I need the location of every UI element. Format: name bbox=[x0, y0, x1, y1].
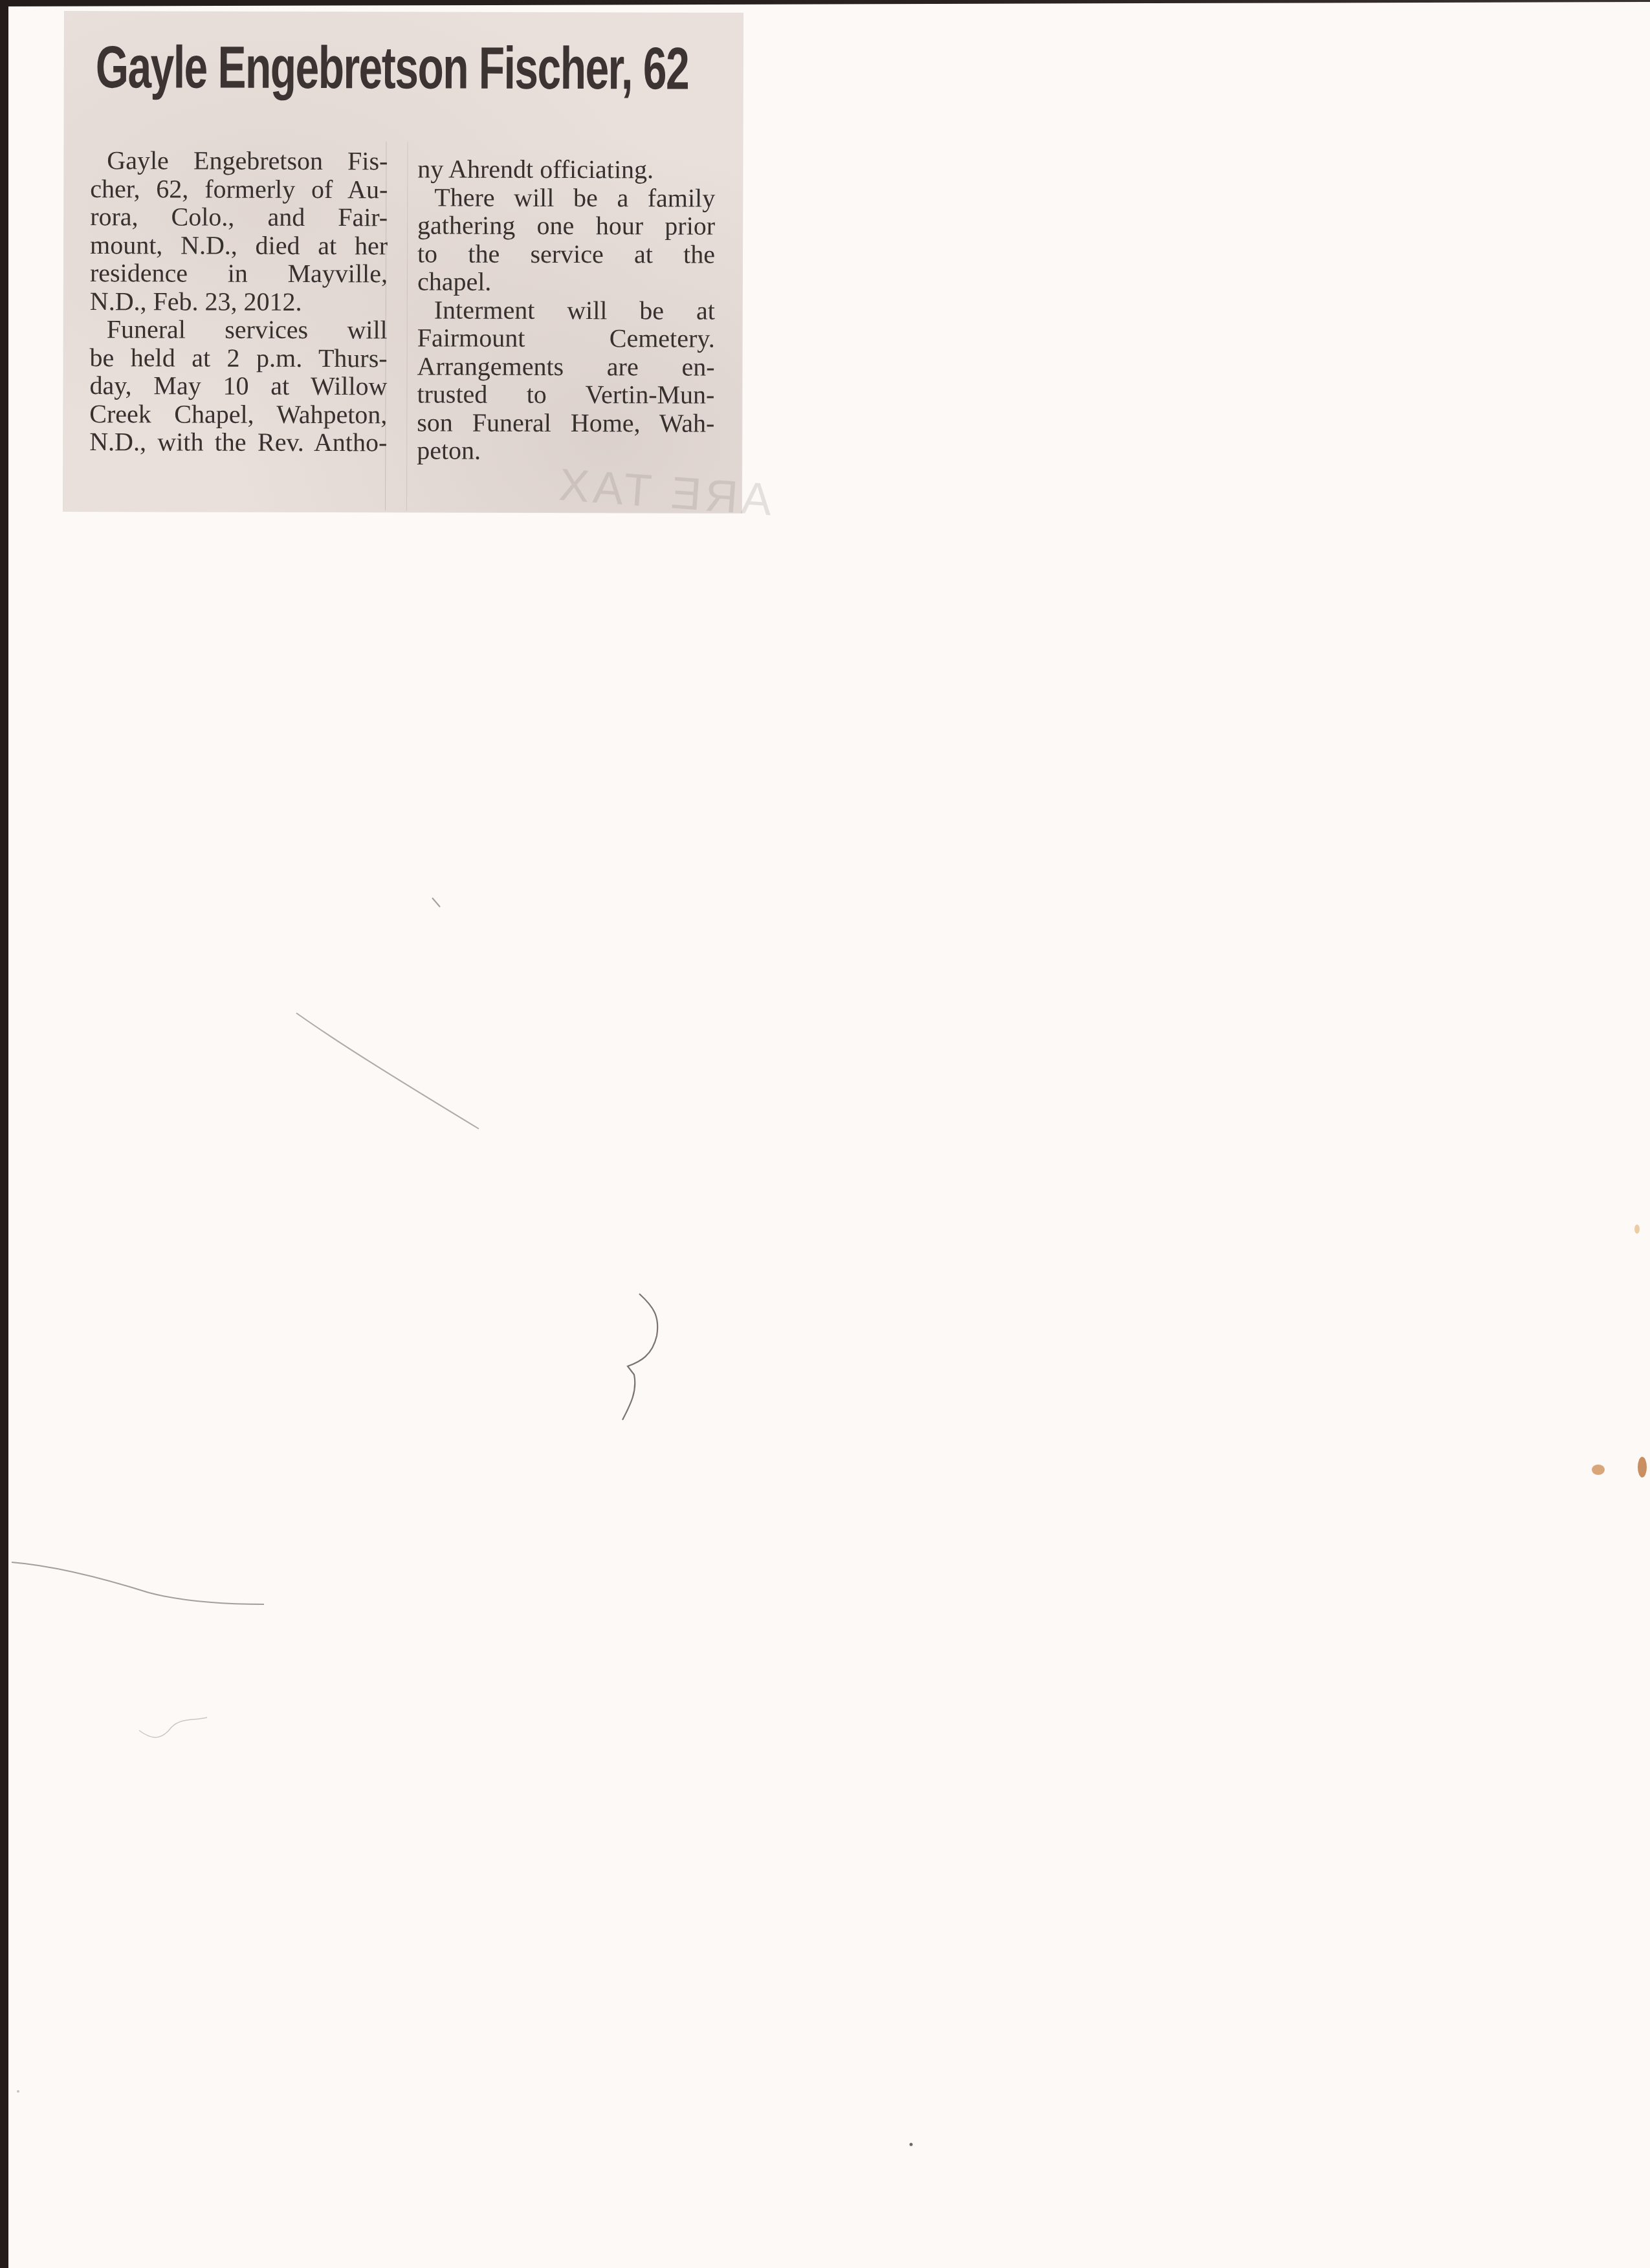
hair-mark bbox=[12, 1562, 264, 1604]
text-line: There will be a family bbox=[417, 183, 715, 212]
text-line: N.D., with the Rev. Antho- bbox=[89, 428, 387, 457]
hair-mark bbox=[296, 1013, 479, 1129]
newspaper-clipping: Gayle Engebretson Fischer, 62 Gayle Enge… bbox=[63, 12, 743, 513]
text-line: rora, Colo., and Fair- bbox=[90, 202, 388, 232]
text-line: Arrangements are en- bbox=[417, 352, 715, 381]
column-divider bbox=[406, 142, 408, 510]
scan-border-top bbox=[0, 0, 1650, 6]
text-line: residence in Mayville, bbox=[90, 259, 388, 288]
text-line: Funeral services will bbox=[90, 315, 388, 344]
speck bbox=[910, 2143, 913, 2146]
bleed-through-text: ARE TAX bbox=[554, 458, 774, 525]
text-line: son Funeral Home, Wah- bbox=[417, 408, 714, 437]
speck bbox=[1634, 1225, 1640, 1234]
text-line: Creek Chapel, Wahpeton, bbox=[89, 400, 387, 429]
text-line: trusted to Vertin-Mun- bbox=[417, 380, 714, 409]
headline: Gayle Engebretson Fischer, 62 bbox=[96, 35, 540, 101]
text-line: Interment will be at bbox=[417, 296, 715, 325]
text-line: mount, N.D., died at her bbox=[90, 231, 388, 260]
text-line: be held at 2 p.m. Thurs- bbox=[90, 343, 388, 373]
text-line: Gayle Engebretson Fis- bbox=[90, 146, 388, 175]
article-column-2: ny Ahrendt officiating. There will be a … bbox=[417, 155, 715, 465]
hair-mark bbox=[432, 898, 440, 907]
text-line: chapel. bbox=[417, 267, 715, 296]
speck bbox=[17, 2090, 19, 2093]
text-line: N.D., Feb. 23, 2012. bbox=[90, 287, 388, 316]
text-line: cher, 62, formerly of Au- bbox=[90, 175, 388, 204]
text-line: Fairmount Cemetery. bbox=[417, 323, 715, 353]
text-line: day, May 10 at Willow bbox=[89, 371, 387, 400]
hair-mark bbox=[622, 1294, 657, 1420]
scan-border-left bbox=[0, 0, 8, 2268]
speck bbox=[1592, 1465, 1605, 1475]
article-column-1: Gayle Engebretson Fis- cher, 62, formerl… bbox=[89, 146, 388, 457]
text-line: ny Ahrendt officiating. bbox=[417, 155, 715, 184]
hair-mark bbox=[139, 1717, 207, 1738]
text-line: gathering one hour prior bbox=[417, 211, 715, 240]
speck bbox=[1638, 1457, 1647, 1477]
text-line: to the service at the bbox=[417, 239, 715, 268]
